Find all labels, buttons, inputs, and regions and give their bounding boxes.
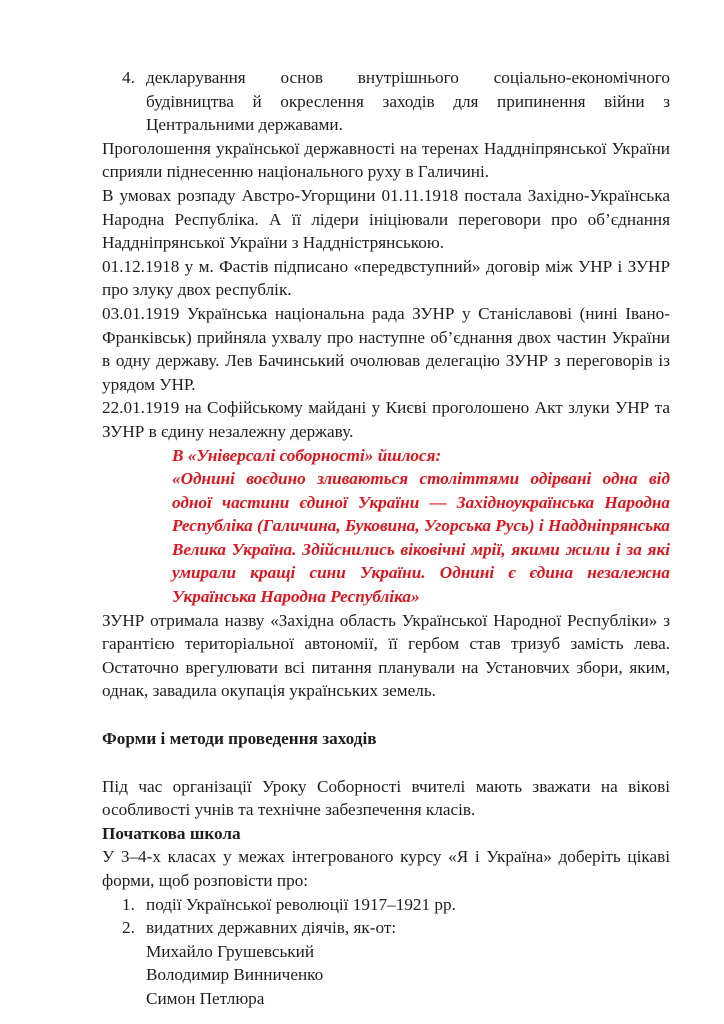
universal-quote: В «Універсалі соборності» йшлося: «Однин… [172,444,670,609]
paragraph: 01.12.1918 у м. Фастів підписано «передв… [102,255,670,302]
paragraph: 03.01.1919 Українська національна рада З… [102,302,670,396]
list-item-text: події Української революції 1917–1921 рр… [146,895,456,914]
paragraph: 22.01.1919 на Софійському майдані у Києв… [102,396,670,443]
quote-intro: В «Універсалі соборності» йшлося: [172,444,670,468]
quote-text: «Однині воєдино зливаються століттями од… [172,467,670,609]
paragraph: Під час організації Уроку Соборності вчи… [102,775,670,822]
list-item-text: видатних державних діячів, як-от: [146,918,396,937]
document-page: 4. декларування основ внутрішнього соціа… [102,66,670,1011]
list-item: 2. видатних державних діячів, як-от: [102,916,670,940]
subheading: Початкова школа [102,822,670,846]
list-number: 1. [122,893,135,917]
paragraph: У 3–4-х класах у межах інтегрованого кур… [102,845,670,892]
paragraph: Проголошення української державності на … [102,137,670,184]
figures-list: Михайло Грушевський Володимир Винниченко… [102,940,670,1011]
list-item-text: декларування основ внутрішнього соціальн… [146,68,670,134]
figure-name: Михайло Грушевський [146,940,670,964]
list-item: 1. події Української революції 1917–1921… [102,893,670,917]
list-item: 4. декларування основ внутрішнього соціа… [102,66,670,137]
paragraph: В умовах розпаду Австро-Угорщини 01.11.1… [102,184,670,255]
figure-name: Симон Петлюра [146,987,670,1011]
section-heading: Форми і методи проведення заходів [102,727,670,751]
list-number: 4. [122,66,135,90]
figure-name: Володимир Винниченко [146,963,670,987]
list-number: 2. [122,916,135,940]
paragraph: ЗУНР отримала назву «Західна область Укр… [102,609,670,703]
